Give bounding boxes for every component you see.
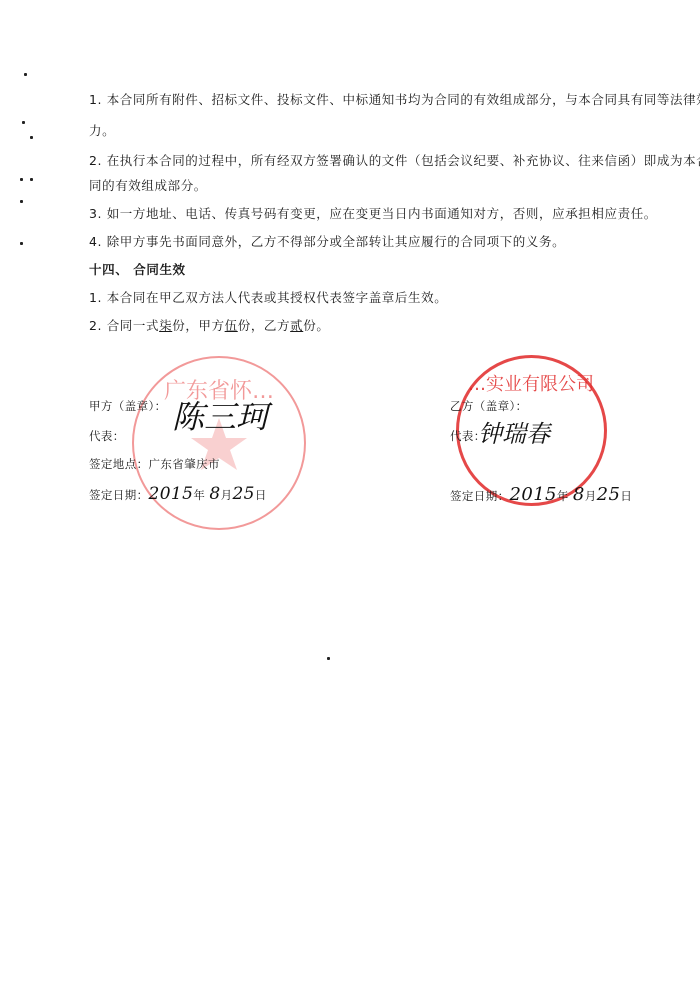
- scan-speck: [20, 200, 23, 203]
- clause-4: 4. 除甲方事先书面同意外，乙方不得部分或全部转让其应履行的合同项下的义务。: [89, 232, 565, 250]
- scan-speck: [20, 178, 23, 181]
- party-b-label: 乙方（盖章）：: [450, 398, 528, 414]
- copies-total: 柒: [159, 318, 172, 333]
- copies-party-b: 贰: [290, 318, 303, 333]
- scan-speck: [20, 242, 23, 245]
- scan-speck: [24, 73, 27, 76]
- party-a-label: 甲方（盖章）：: [89, 398, 167, 414]
- party-b-date: 签定日期：2015年 8月25日: [450, 484, 632, 505]
- clause-1-line-1: 1. 本合同所有附件、招标文件、投标文件、中标通知书均为合同的有效组成部分，与本…: [89, 90, 700, 108]
- copies-party-a: 伍: [225, 318, 238, 333]
- clause-1-line-2: 力。: [89, 121, 115, 139]
- section-14-title: 十四、 合同生效: [89, 260, 186, 278]
- svg-text:…实业有限公司: …实业有限公司: [468, 374, 594, 395]
- clause-2-line-2: 同的有效组成部分。: [89, 176, 207, 194]
- party-a-place-value: 广东省肇庆市: [149, 457, 220, 471]
- clause-2-line-1: 2. 在执行本合同的过程中，所有经双方签署确认的文件（包括会议纪要、补充协议、往…: [89, 151, 700, 169]
- clause-3: 3. 如一方地址、电话、传真号码有变更，应在变更当日内书面通知对方，否则，应承担…: [89, 204, 657, 222]
- scan-speck: [30, 136, 33, 139]
- party-b-signature: 钟瑞春: [478, 414, 550, 449]
- party-a-rep-label: 代表：: [89, 428, 125, 444]
- scan-speck: [327, 657, 330, 660]
- scan-speck: [22, 121, 25, 124]
- section-14-item-2: 2. 合同一式柒份，甲方伍份，乙方贰份。: [89, 316, 329, 334]
- party-a-signature: 陈三珂: [172, 392, 268, 438]
- scan-speck: [30, 178, 33, 181]
- party-a-date: 签定日期：2015年 8月25日: [89, 484, 267, 504]
- section-14-item-1: 1. 本合同在甲乙双方法人代表或其授权代表签字盖章后生效。: [89, 288, 447, 306]
- party-a-place: 签定地点：广东省肇庆市: [89, 456, 220, 472]
